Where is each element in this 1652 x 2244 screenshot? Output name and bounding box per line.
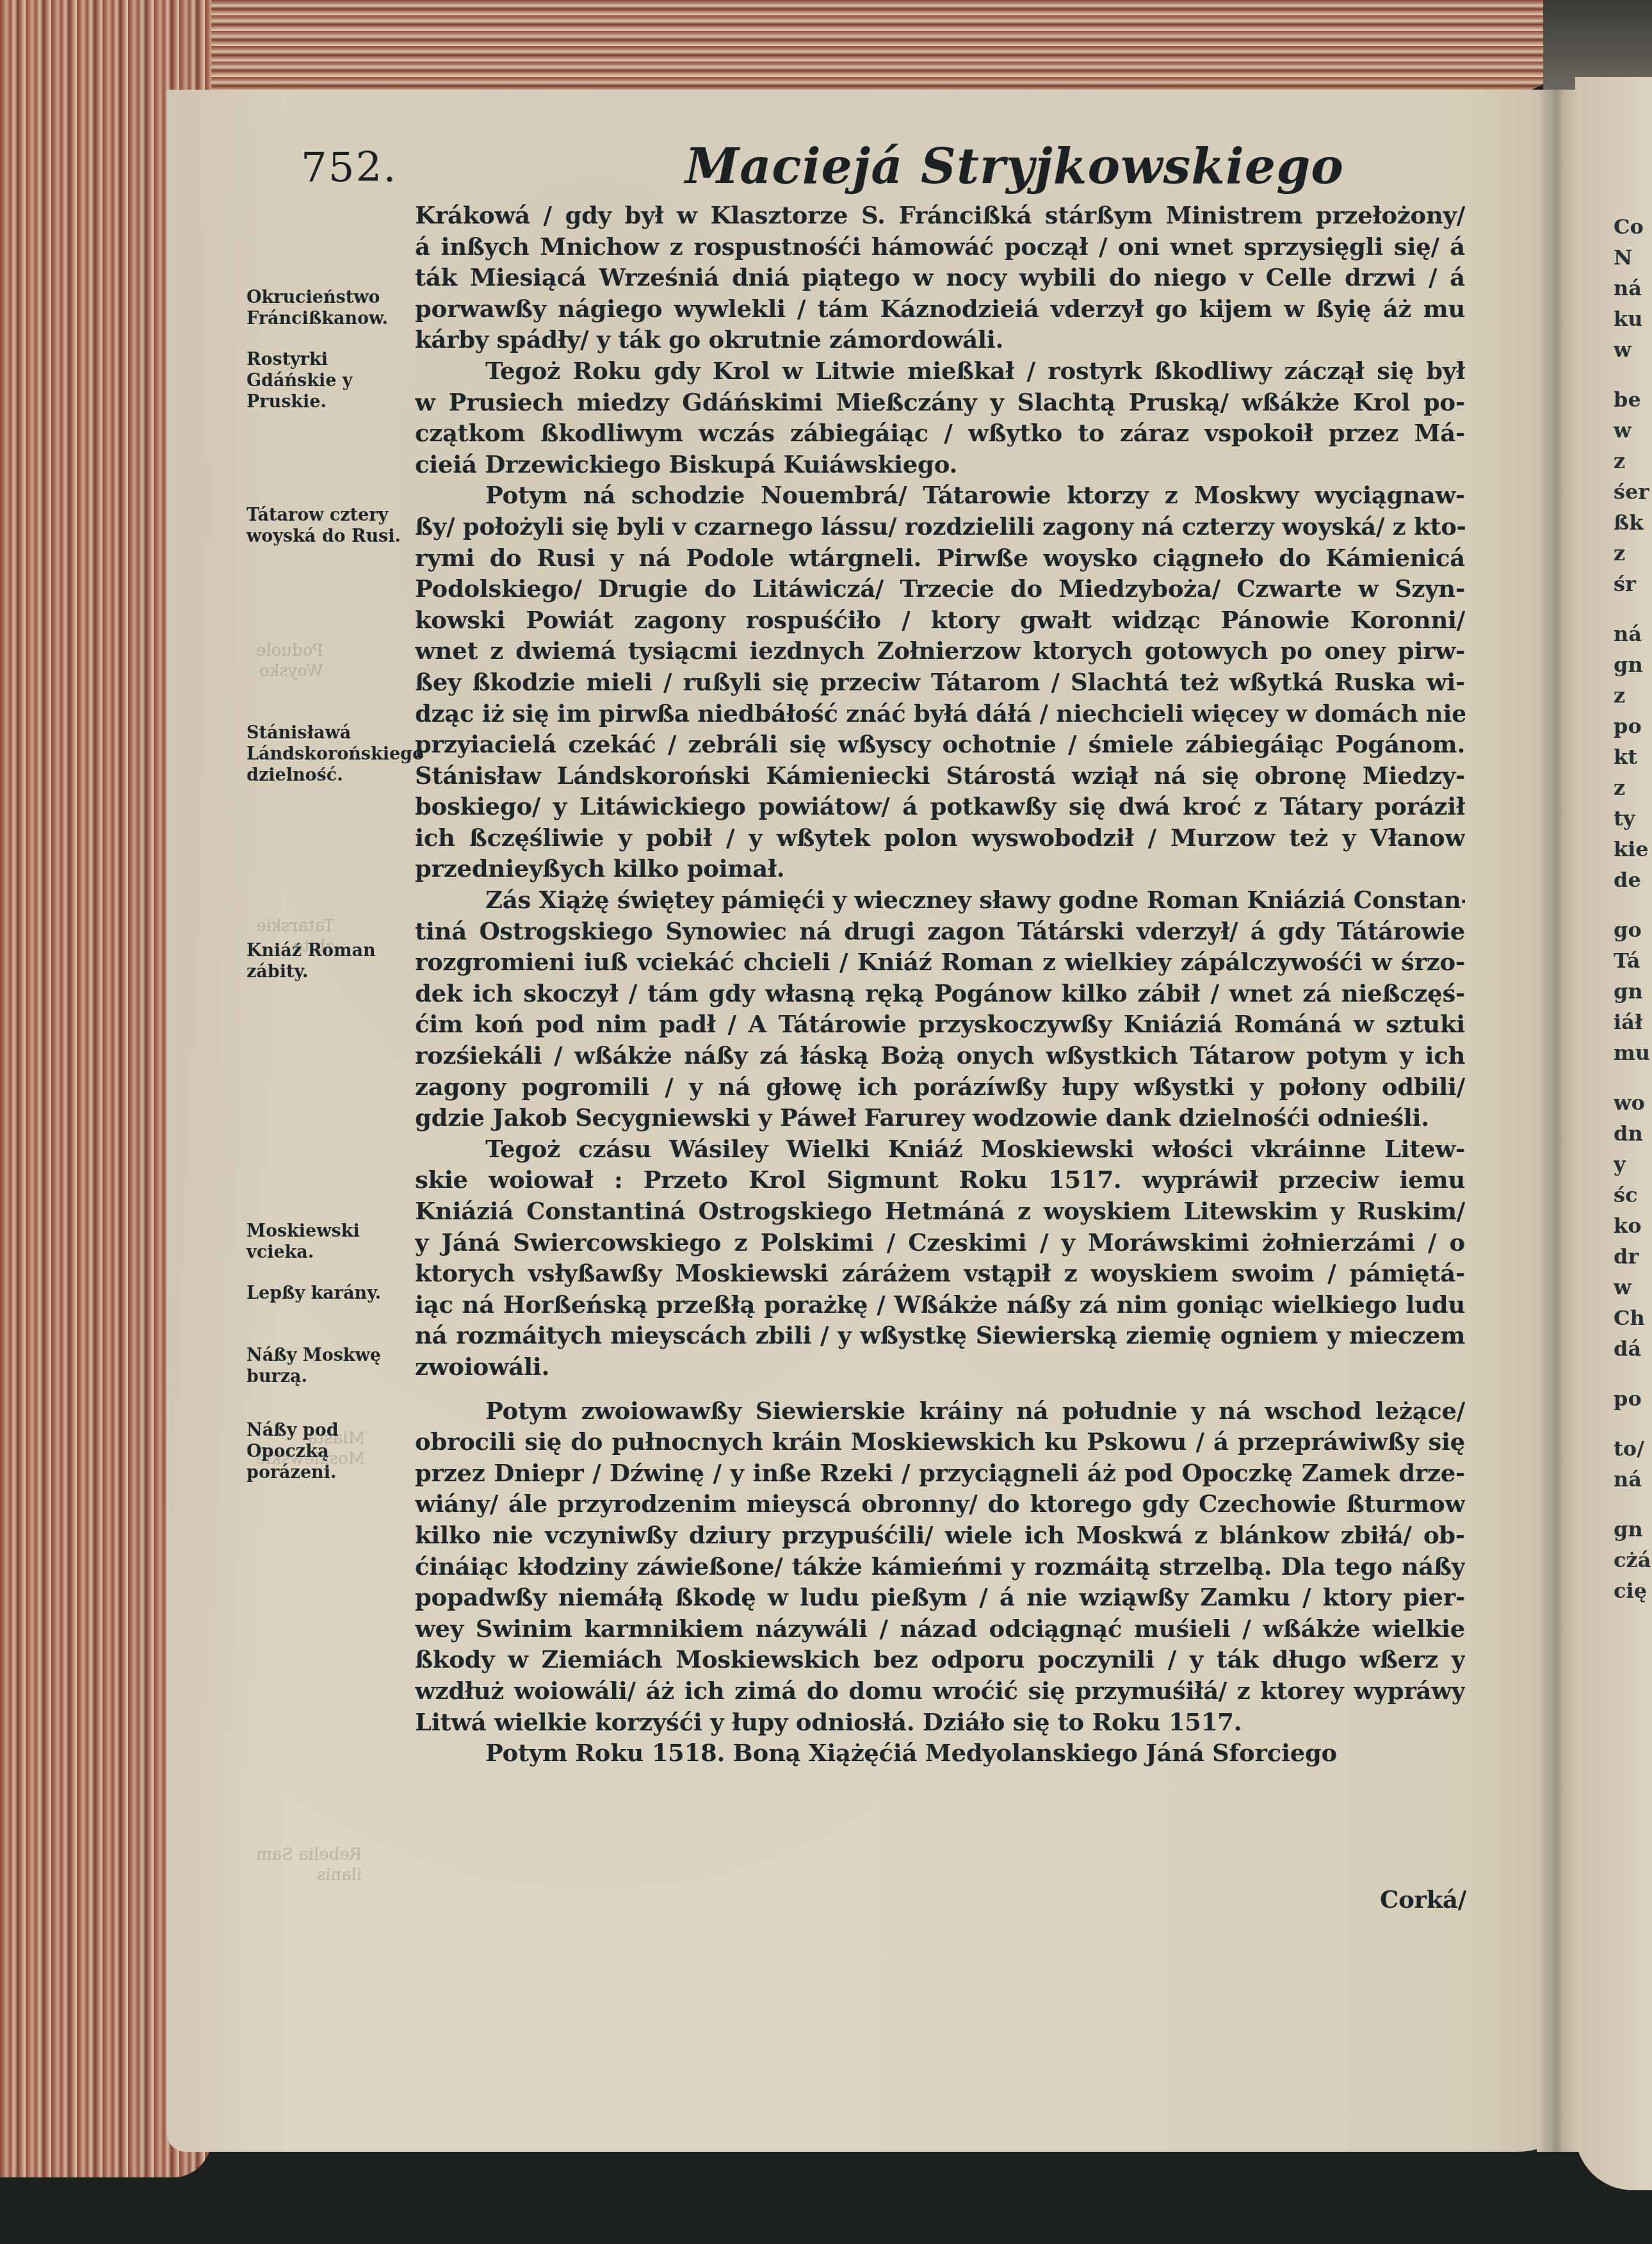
marginal-note: Moskiewski vcieka. — [247, 1221, 419, 1263]
facing-page-fragment: go — [1614, 915, 1652, 945]
marginal-note: Náßy pod Opoczką porázeni. — [247, 1420, 419, 1483]
facing-page-fragment: z — [1614, 538, 1652, 569]
text-line: ich ßczęśliwie y pobił / y wßytek polon … — [415, 822, 1465, 854]
facing-page-fragment: po — [1614, 711, 1652, 742]
book-cover-corner — [1543, 0, 1652, 90]
facing-page-fragment: po — [1614, 1383, 1652, 1414]
text-line: wiány/ ále przyrodzenim mieyscá obronny/… — [415, 1488, 1465, 1520]
facing-page-fragment: Co — [1614, 211, 1652, 242]
text-line: ßy/ położyli się byli v czarnego lássu/ … — [415, 511, 1465, 542]
facing-page-fragment: w — [1614, 1272, 1652, 1303]
facing-page-fragment: ná — [1614, 273, 1652, 304]
text-line: Potym Roku 1518. Boną Xiążęćiá Medyolans… — [415, 1737, 1465, 1769]
marginal-note: Lepßy karány. — [247, 1283, 419, 1304]
facing-page-fragment: ná — [1614, 619, 1652, 649]
text-line: Krákowá / gdy był w Klasztorze S. Fránci… — [415, 200, 1465, 231]
text-line: przez Dniepr / Dźwinę / y inße Rzeki / p… — [415, 1458, 1465, 1489]
marginal-note: Okrucieństwo Fráncißkanow. — [247, 287, 419, 329]
running-title: Maciejá Stryjkowskiego — [685, 138, 1344, 195]
text-line: zagony pogromili / y ná głowę ich porází… — [415, 1071, 1465, 1103]
facing-page-fragment: ßk — [1614, 507, 1652, 538]
facing-page-fragment: dr — [1614, 1241, 1652, 1272]
facing-page-fragment: cżá — [1614, 1545, 1652, 1575]
text-line: boskiego/ y Litáwickiego powiátow/ á pot… — [415, 791, 1465, 822]
text-line: kilko nie vczyniwßy dziury przypuśćili/ … — [415, 1520, 1465, 1551]
facing-page-fragment: be — [1614, 384, 1652, 415]
text-line: Potym ná schodzie Nouembrá/ Tátarowie kt… — [415, 480, 1465, 511]
text-line: ná rozmáitych mieyscách zbili / y wßystk… — [415, 1320, 1465, 1351]
facing-page-fragment: de — [1614, 865, 1652, 895]
body-text: Krákowá / gdy był w Klasztorze S. Fránci… — [415, 200, 1465, 1769]
facing-page-fragment: wo — [1614, 1087, 1652, 1118]
facing-page-fragment: gn — [1614, 1514, 1652, 1545]
facing-page-fragment: kie — [1614, 834, 1652, 865]
facing-page-fragment: z — [1614, 446, 1652, 476]
facing-page-fragment: ná — [1614, 1464, 1652, 1495]
facing-page-fragment: ko — [1614, 1210, 1652, 1241]
text-line: ßey ßkodzie mieli / rußyli się przeciw T… — [415, 667, 1465, 698]
facing-page-fragment: ty — [1614, 803, 1652, 834]
facing-page-fragment: śc — [1614, 1180, 1652, 1210]
facing-page-fragment: y — [1614, 1149, 1652, 1180]
facing-page-fragment — [1614, 365, 1652, 384]
text-line: ktorych vsłyßawßy Moskiewski záráżem vst… — [415, 1258, 1465, 1289]
marginal-note: Stánisławá Lándskorońskiego dzielność. — [247, 722, 419, 786]
text-line: ßkody w Ziemiách Moskiewskich bez odporu… — [415, 1644, 1465, 1675]
text-line: gdzie Jakob Secygniewski y Páweł Farurey… — [415, 1102, 1465, 1134]
text-line: tiná Ostrogskiego Synowiec ná drugi zago… — [415, 916, 1465, 947]
facing-page-fragment: w — [1614, 334, 1652, 365]
text-line: Tegoż czásu Wásiley Wielki Kniáź Moskiew… — [415, 1134, 1465, 1165]
catchword: Corká/ — [1217, 1884, 1466, 1915]
facing-page-text: CoNnákuwbewz śerßkzśrnágnz poktz tykiede… — [1614, 211, 1652, 1606]
marginal-note: Rostyrki Gdáńskie y Pruskie. — [247, 349, 419, 412]
text-line: przyiacielá czekáć / zebráli się wßyscy … — [415, 729, 1465, 760]
text-line: wey Swinim karmnikiem názywáli / názad o… — [415, 1613, 1465, 1645]
facing-page-fragment: to/ — [1614, 1433, 1652, 1464]
facing-page-fragment: z — [1614, 680, 1652, 711]
text-line: ták Miesiącá Wrześniá dniá piątego w noc… — [415, 262, 1465, 293]
facing-page-fragment — [1614, 1414, 1652, 1433]
text-line: dek ich skoczył / tám gdy własną ręką Po… — [415, 978, 1465, 1009]
facing-page-fragment: gn — [1614, 649, 1652, 680]
text-line: ćim koń pod nim padł / A Tátárowie przys… — [415, 1009, 1465, 1040]
text-line: przednieyßych kilko poimał. — [415, 853, 1465, 884]
facing-page-fragment: Ch — [1614, 1303, 1652, 1333]
text-line: Zás Xiążę świętey pámięći y wieczney sła… — [415, 884, 1465, 916]
facing-page-fragment: dn — [1614, 1118, 1652, 1149]
facing-page-fragment: śr — [1614, 569, 1652, 599]
facing-page-fragment: dá — [1614, 1333, 1652, 1364]
text-line: obrocili się do pułnocnych kráin Moskiew… — [415, 1426, 1465, 1458]
text-line: wzdłuż woiowáli/ áż ich zimá do domu wro… — [415, 1675, 1465, 1707]
text-line: Litwá wielkie korzyśći y łupy odniosłá. … — [415, 1707, 1465, 1738]
facing-page-fragment: śer — [1614, 476, 1652, 507]
text-line: popadwßy niemáłą ßkodę w ludu pießym / á… — [415, 1582, 1465, 1613]
text-line: iąc ná Horßeńską przeßłą porażkę / Wßákż… — [415, 1289, 1465, 1321]
facing-page-fragment: z — [1614, 772, 1652, 803]
text-line: Stánisław Lándskoroński Kámieniecki Stár… — [415, 760, 1465, 792]
page-number: 752. — [301, 144, 398, 191]
facing-page-fragment: ku — [1614, 304, 1652, 334]
facing-page-fragment — [1614, 1364, 1652, 1383]
text-line: Potym zwoiowawßy Siewierskie kráiny ná p… — [415, 1395, 1465, 1427]
text-line: Kniáziá Constantiná Ostrogskiego Hetmáná… — [415, 1196, 1465, 1227]
text-line: Tegoż Roku gdy Krol w Litwie mießkał / r… — [415, 355, 1465, 387]
text-line: cieiá Drzewickiego Biskupá Kuiáwskiego. — [415, 449, 1465, 480]
text-line: zwoiowáli. — [415, 1351, 1465, 1383]
facing-page-fragment — [1614, 1495, 1652, 1514]
facing-page-fragment: mu — [1614, 1037, 1652, 1068]
text-line: á inßych Mnichow z rospustnośći hámowáć … — [415, 231, 1465, 263]
text-line: Podolskiego/ Drugie do Litáwiczá/ Trzeci… — [415, 573, 1465, 605]
text-line: porwawßy nágiego wywlekli / tám Káznodzi… — [415, 293, 1465, 325]
facing-page-fragment: gn — [1614, 976, 1652, 1007]
marginal-note: Tátarow cztery woyská do Rusi. — [247, 505, 419, 547]
text-line: skie woiował : Przeto Krol Sigmunt Roku … — [415, 1164, 1465, 1196]
show-through-text: PoduoleWoysko — [256, 640, 323, 681]
facing-page-fragment: N — [1614, 242, 1652, 273]
marginal-note: Náßy Moskwę burzą. — [247, 1345, 419, 1387]
text-line: dząc iż się im pirwßa niedbáłość znáć by… — [415, 698, 1465, 729]
text-line: ćináiąc kłodziny záwießone/ tákże kámień… — [415, 1551, 1465, 1582]
text-line: kowski Powiát zagony rospuśćiło / ktory … — [415, 605, 1465, 636]
text-line: w Prusiech miedzy Gdáńskimi Mießczány y … — [415, 387, 1465, 418]
text-line: wnet z dwiemá tysiącmi iezdnych Zołnierz… — [415, 635, 1465, 667]
book-gutter — [1537, 90, 1582, 2152]
text-line: rozśiekáli / wßákże náßy zá łáską Bożą o… — [415, 1040, 1465, 1071]
facing-page-fragment — [1614, 895, 1652, 915]
text-line: y Jáná Swiercowskiego z Polskimi / Czesk… — [415, 1227, 1465, 1258]
facing-page-fragment — [1614, 1068, 1652, 1087]
text-line: kárby spádły/ y ták go okrutnie zámordow… — [415, 324, 1465, 355]
facing-page-fragment: Tá — [1614, 945, 1652, 976]
show-through-text: Rebelia Samilanis — [256, 1844, 362, 1885]
marginal-note: Kniáź Roman zábity. — [247, 940, 419, 982]
facing-page-fragment: iáł — [1614, 1007, 1652, 1037]
facing-page-fragment: cię — [1614, 1575, 1652, 1606]
page-stack-top-edge — [0, 0, 1588, 96]
text-line: czątkom ßkodliwym wczás zábiegáiąc / wßy… — [415, 418, 1465, 449]
facing-page-fragment: kt — [1614, 742, 1652, 772]
facing-page-fragment — [1614, 599, 1652, 619]
text-line: rozgromieni iuß vciekáć chcieli / Kniáź … — [415, 947, 1465, 978]
text-line: rymi do Rusi y ná Podole wtárgneli. Pirw… — [415, 542, 1465, 574]
facing-page-fragment: w — [1614, 415, 1652, 446]
